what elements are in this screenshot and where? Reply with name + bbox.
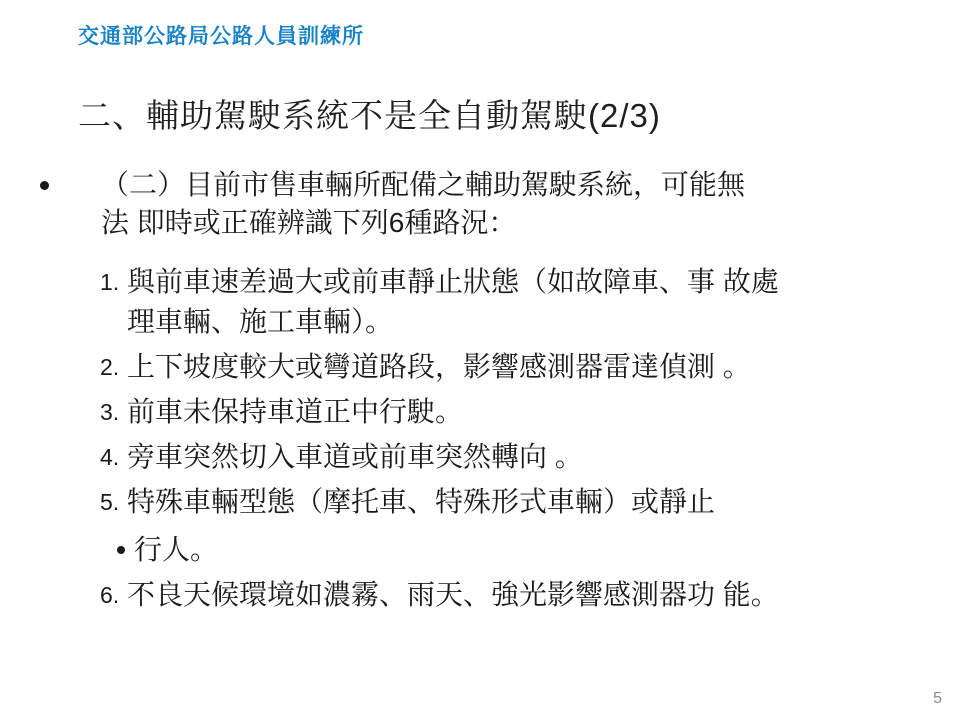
- list-item-3: 3. 前車未保持車道正中行駛。: [0, 392, 960, 432]
- list-item-text: 上下坡度較大或彎道路段，影響感測器雷達偵測 。: [127, 347, 751, 387]
- list-item-number: 3.: [100, 392, 127, 432]
- list-item-text: 不良天候環境如濃霧、雨天、強光影響感測器功 能。: [127, 575, 779, 615]
- page-number: 5: [933, 690, 942, 708]
- list-item-text: 旁車突然切入車道或前車突然轉向 。: [127, 437, 583, 477]
- list-item-4-line-1: 旁車突然切入車道或前車突然轉向 。: [127, 437, 583, 477]
- list-item-number: 5.: [100, 482, 127, 522]
- list-item-2-line-1: 上下坡度較大或彎道路段，影響感測器雷達偵測 。: [127, 347, 751, 387]
- slide-body: （二）目前市售車輛所配備之輔助駕駛系統，可能無 法 即時或正確辨識下列6種路況：…: [0, 166, 960, 620]
- intro-line-2: 法 即時或正確辨識下列6種路況：: [101, 204, 745, 242]
- intro-text: （二）目前市售車輛所配備之輔助駕駛系統，可能無 法 即時或正確辨識下列6種路況：: [101, 166, 745, 242]
- sub-bullet-text: 行人。: [134, 530, 218, 570]
- list-item-6-line-1: 不良天候環境如濃霧、雨天、強光影響感測器功 能。: [127, 575, 779, 615]
- org-header-text: 交通部公路局公路人員訓練所: [78, 20, 364, 50]
- list-item-4: 4. 旁車突然切入車道或前車突然轉向 。: [0, 437, 960, 477]
- list-item-text: 與前車速差過大或前車靜止狀態（如故障車、事 故處 理車輛、施工車輛）。: [127, 262, 779, 342]
- list-item-3-line-1: 前車未保持車道正中行駛。: [127, 392, 463, 432]
- list-item-1: 1. 與前車速差過大或前車靜止狀態（如故障車、事 故處 理車輛、施工車輛）。: [0, 262, 960, 342]
- sub-bullet-item: 行人。: [0, 530, 960, 570]
- slide-title: 二、輔助駕駛系統不是全自動駕駛(2/3): [78, 90, 661, 137]
- list-item-number: 6.: [100, 575, 127, 615]
- list-item-6: 6. 不良天候環境如濃霧、雨天、強光影響感測器功 能。: [0, 575, 960, 615]
- list-item-text: 前車未保持車道正中行駛。: [127, 392, 463, 432]
- list-item-5-line-1: 特殊車輛型態（摩托車、特殊形式車輛）或靜止: [127, 482, 715, 522]
- bullet-icon: [40, 181, 49, 190]
- list-item-2: 2. 上下坡度較大或彎道路段，影響感測器雷達偵測 。: [0, 347, 960, 387]
- list-item-1-line-2: 理車輛、施工車輛）。: [127, 302, 779, 342]
- list-item-5: 5. 特殊車輛型態（摩托車、特殊形式車輛）或靜止: [0, 482, 960, 522]
- list-item-1-line-1: 與前車速差過大或前車靜止狀態（如故障車、事 故處: [127, 262, 779, 302]
- intro-line-1: （二）目前市售車輛所配備之輔助駕駛系統，可能無: [101, 166, 745, 204]
- list-item-number: 4.: [100, 437, 127, 477]
- list-item-number: 1.: [100, 262, 127, 342]
- bullet-icon: [117, 546, 125, 554]
- intro-paragraph: （二）目前市售車輛所配備之輔助駕駛系統，可能無 法 即時或正確辨識下列6種路況：: [0, 166, 960, 242]
- list-item-number: 2.: [100, 347, 127, 387]
- list-item-text: 特殊車輛型態（摩托車、特殊形式車輛）或靜止: [127, 482, 715, 522]
- presentation-slide: 交通部公路局公路人員訓練所 二、輔助駕駛系統不是全自動駕駛(2/3) （二）目前…: [0, 0, 960, 720]
